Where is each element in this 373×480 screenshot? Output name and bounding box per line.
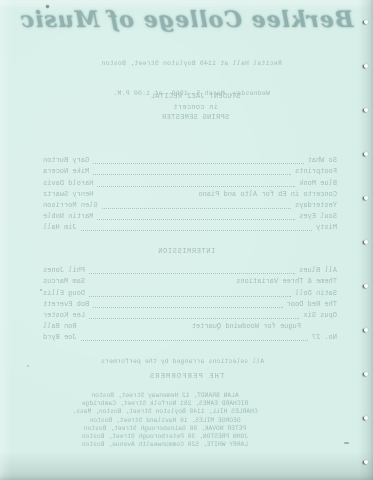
performer-name: Phil Jones: [43, 267, 85, 276]
piece-title: So What: [308, 157, 337, 166]
performer-name: Joe Byrd: [43, 334, 77, 343]
dot-leader: [81, 340, 308, 341]
ink-speck: [40, 289, 42, 291]
program-row: Fugue for Woodwind Quartet Ron Ball: [43, 321, 337, 332]
punch-hole: [364, 152, 368, 156]
piece-title: All Blues: [299, 267, 337, 276]
title-line-2: in concert: [18, 103, 373, 114]
piece-title: Misty: [316, 224, 337, 233]
dot-leader: [97, 197, 194, 198]
punch-hole: [364, 372, 368, 376]
performer-name: Harold Davis: [43, 180, 93, 189]
piece-title: Yesterdays: [295, 202, 337, 211]
title-line-1: STUDENT JAZZ RECITAL: [18, 92, 373, 103]
piece-title: Satin Doll: [295, 290, 337, 299]
piece-title: Footprints: [295, 168, 337, 177]
piece-title: Opus Six: [303, 312, 337, 321]
performers-heading: THE PERFORMERS: [0, 373, 373, 381]
punch-hole: [364, 460, 368, 464]
punch-hole: [364, 416, 368, 420]
program-list-1: So What Gary Burton Footprints Mike Noce…: [43, 155, 337, 233]
performer-name: Henry Swartz: [43, 191, 93, 200]
piece-title: Fugue for Woodwind Quartet: [192, 323, 337, 332]
program-row: The Red Door Bob Everett: [43, 299, 337, 310]
performer-address-line: PETER NOVAK, 88 Gainsborough Street, Bos…: [0, 425, 330, 433]
piece-title: No. 27: [312, 334, 337, 343]
dot-leader: [89, 284, 232, 285]
performer-name: Sam Marcus: [43, 278, 85, 287]
dot-leader: [97, 186, 295, 187]
program-row: Concerto in Eb for Alto and Piano Henry …: [43, 189, 337, 200]
piece-title: The Red Door: [287, 301, 337, 310]
program-list-2: All Blues Phil Jones Theme & Three Varia…: [43, 265, 337, 343]
program-row: Soul Eyes Martin Noble: [43, 211, 337, 222]
smudge-mark: [344, 442, 349, 444]
program-row: Blue Monk Harold Davis: [43, 177, 337, 188]
piece-title: Concerto in Eb for Alto and Piano: [198, 191, 337, 200]
venue-line: Recital Hall at 1140 Boylston Street, Bo…: [10, 59, 373, 69]
performer-address-line: GEORGE MILES, 16 Haviland Street, Boston: [0, 417, 330, 425]
dot-leader: [81, 230, 312, 231]
program-row: Footprints Mike Nocera: [43, 166, 337, 177]
performer-address-line: JOHN PRESTON, 30 Peterborough Street, Bo…: [0, 433, 330, 441]
dot-leader: [93, 174, 291, 175]
ink-speck: [27, 365, 29, 367]
punch-hole: [364, 64, 368, 68]
piece-title: Blue Monk: [299, 180, 337, 189]
program-row: No. 27 Joe Byrd: [43, 332, 337, 343]
intermission-heading: INTERMISSION: [0, 248, 373, 256]
performer-name: Doug Ellis: [43, 290, 85, 299]
dot-leader: [93, 163, 303, 164]
punch-hole: [364, 108, 368, 112]
title-block: STUDENT JAZZ RECITAL in concert SPRING S…: [18, 92, 373, 124]
performer-name: Bob Everett: [43, 301, 89, 310]
punch-hole: [364, 240, 368, 244]
performer-name: Ron Ball: [43, 323, 77, 332]
bleedthrough-layer: Berklee College of Music Recital Hall at…: [0, 0, 373, 480]
piece-title: Theme & Three Variations: [236, 278, 337, 287]
performers-address-list: ALAN BRANDT, 12 Hemenway Street, BostonR…: [0, 392, 330, 449]
program-row: Misty Jim Hall: [43, 222, 337, 233]
dot-leader: [89, 318, 299, 319]
performer-address-line: RICHARD EAMES, 261 Norfolk Street, Cambr…: [0, 400, 330, 408]
title-line-3: SPRING SEMESTER: [18, 113, 373, 124]
program-row: Yesterdays Glen Morrison: [43, 200, 337, 211]
performer-name: Martin Noble: [43, 213, 93, 222]
performer-address-line: LARRY WHITE, 520 Commonwealth Avenue, Bo…: [0, 441, 330, 449]
dot-leader: [81, 329, 188, 330]
scanned-program-page: Berklee College of Music Recital Hall at…: [0, 0, 373, 480]
punch-hole: [364, 20, 368, 24]
program-row: Theme & Three Variations Sam Marcus: [43, 276, 337, 287]
piece-title: Soul Eyes: [299, 213, 337, 222]
performer-name: Mike Nocera: [43, 168, 89, 177]
dot-leader: [93, 307, 282, 308]
arrangement-note: All selections arranged by the performer…: [0, 358, 365, 365]
dot-leader: [102, 208, 291, 209]
punch-hole: [364, 284, 368, 288]
program-row: All Blues Phil Jones: [43, 265, 337, 276]
performer-name: Lee Koster: [43, 312, 85, 321]
berklee-logo: Berklee College of Music: [0, 5, 373, 35]
dot-leader: [89, 273, 295, 274]
performer-name: Jim Hall: [43, 224, 77, 233]
dot-leader: [89, 296, 291, 297]
program-row: Satin Doll Doug Ellis: [43, 287, 337, 298]
ink-speck: [46, 5, 49, 8]
punch-hole: [364, 328, 368, 332]
performer-address-line: ALAN BRANDT, 12 Hemenway Street, Boston: [0, 392, 330, 400]
performer-address-line: CHARLES HILL, 1140 Boylston Street, Bost…: [0, 408, 330, 416]
punch-hole: [364, 196, 368, 200]
performer-name: Glen Morrison: [43, 202, 98, 211]
dot-leader: [97, 219, 295, 220]
program-row: So What Gary Burton: [43, 155, 337, 166]
performer-name: Gary Burton: [43, 157, 89, 166]
program-row: Opus Six Lee Koster: [43, 310, 337, 321]
